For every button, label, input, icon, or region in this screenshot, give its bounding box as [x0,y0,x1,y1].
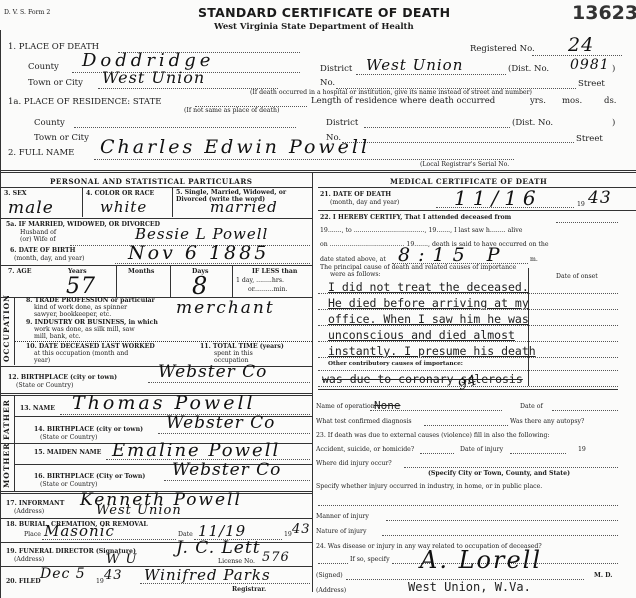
res-district-label: District [326,118,358,128]
dob-value: Nov 6 1885 [128,242,269,264]
res-town-label: Town or City [34,133,89,143]
medical-section-title: MEDICAL CERTIFICATE OF DEATH [390,177,547,186]
certify-line-1: 22. I HEREBY CERTIFY, That I attended de… [320,214,511,221]
marital-value: married [210,198,278,216]
physician-signature: A. Lorell [420,546,542,574]
certify-line-2: 19......., to ..........................… [320,227,522,234]
race-label: 4. COLOR OR RACE [86,190,154,197]
sex-label: 3. SEX [4,190,27,197]
license-no-value: 576 [262,550,290,565]
district-label: District [320,64,352,74]
filed-year-value: 43 [104,568,123,583]
registered-no-label: Registered No. [470,44,535,54]
form-id: D. V. S. Form 2 [4,9,50,16]
father-vertical-label: FATHER [2,400,11,440]
dist-no-label: (Dist. No. [508,64,549,74]
age-days-value: 8 [192,272,208,300]
father-name-value: Thomas Powell [72,392,256,414]
district-value: West Union [366,56,463,74]
cause-line: unconscious and died almost [328,328,515,342]
mother-vertical-label: MOTHER [2,448,11,488]
race-value: white [100,198,147,216]
residence-note: (If not same as place of death) [184,107,279,114]
sex-value: male [8,198,54,218]
mother-birthplace-value: Webster Co [172,460,281,480]
burial-place-value: Masonic [44,522,115,540]
informant-address-value: West Union [96,503,182,518]
dist-no-value: 0981 [570,57,610,73]
street-no-label: No. [320,78,335,88]
street-label: Street [578,79,605,89]
cause-line: office. When I saw him he was [328,312,529,326]
certificate-subtitle: West Virginia State Department of Health [214,22,414,32]
cause-line: instantly. I presume his death [328,344,536,358]
age-years-value: 57 [66,274,96,299]
burial-year-value: 43 [292,522,311,537]
registered-no-value: 24 [568,34,594,56]
spouse-value: Bessie L Powell [135,225,268,243]
hospital-note: (If death occurred in a hospital or inst… [250,89,532,96]
mother-maiden-name-value: Emaline Powell [112,440,280,461]
cause-line: He died before arriving at my [328,296,529,310]
res-county-label: County [34,118,65,128]
certificate-number: 13623 [572,2,636,24]
cause-line: I did not treat the deceased. [328,280,529,294]
town-value: West Union [102,68,205,87]
filed-date-value: Dec 5 [40,566,86,582]
contributory-value: was due to coronary sclerosis [322,372,523,386]
date-of-death-value: 11/16 [454,186,542,210]
birthplace-value: Webster Co [158,362,267,382]
personal-section-title: PERSONAL AND STATISTICAL PARTICULARS [50,177,252,186]
date-of-death-year: 43 [588,188,612,208]
physician-address-value: West Union, W.Va. [408,580,531,594]
certificate-title: STANDARD CERTIFICATE OF DEATH [198,5,450,20]
county-label: County [28,62,59,72]
father-birthplace-value: Webster Co [166,413,275,433]
contributory-label: Other contributory causes of importance: [328,361,463,367]
town-label: Town or City [28,78,83,88]
operation-value: None [374,399,401,412]
time-of-death-value: 8:15 P [398,244,508,266]
serial-no-label: (Local Registrar's Serial No. [420,161,509,168]
funeral-director-address: W U [106,552,137,567]
funeral-director-signature: J. C. Lett [176,538,261,558]
full-name-label: 2. FULL NAME [8,148,74,158]
registrar-signature: Winifred Parks [144,566,271,584]
death-certificate: D. V. S. Form 2 STANDARD CERTIFICATE OF … [0,0,636,598]
occupation-vertical-label: OCCUPATION [2,302,11,362]
residence-label: 1a. PLACE OF RESIDENCE: STATE [8,97,161,107]
length-residence-label: Length of residence where death occurred [311,96,495,106]
full-name-value: Charles Edwin Powell [100,136,370,158]
trade-value: merchant [176,298,275,318]
